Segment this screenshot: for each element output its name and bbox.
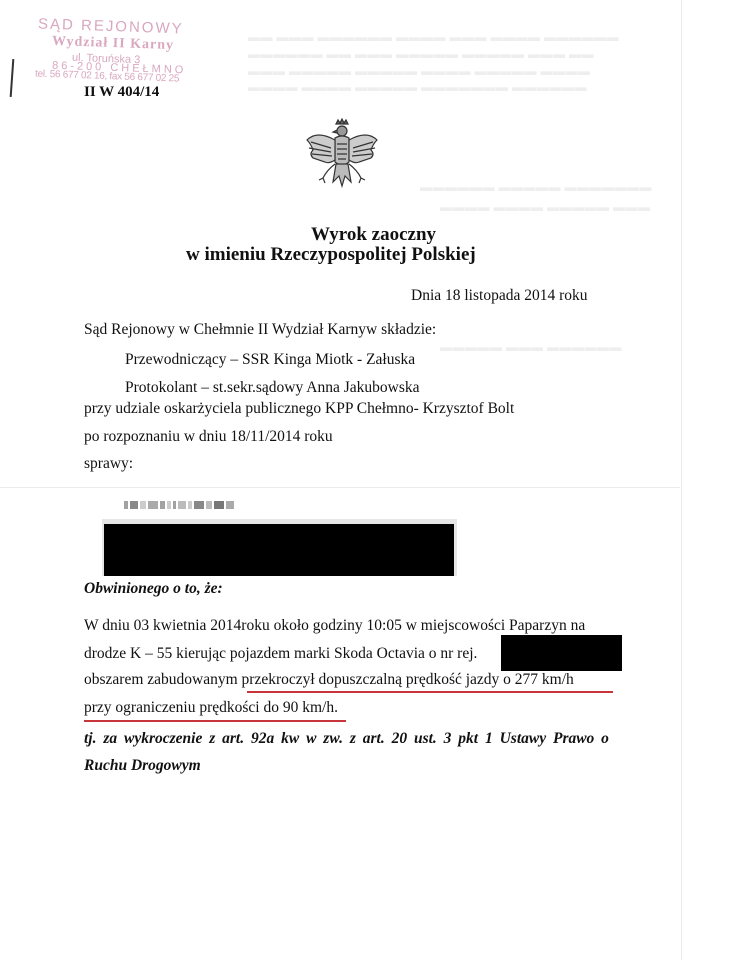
redacted-accused-details: [102, 519, 457, 576]
charge-line: drodze K – 55 kierując pojazdem marki Sk…: [84, 645, 477, 663]
charge-line: przy ograniczeniu prędkości do 90 km/h.: [84, 699, 338, 717]
court-composition: Sąd Rejonowy w Chełmnie II Wydział Karny…: [84, 321, 436, 339]
public-prosecutor: przy udziale oskarżyciela publicznego KP…: [84, 400, 514, 418]
red-underline: [247, 691, 613, 693]
fold-line: [0, 487, 680, 488]
legal-basis-continued: Ruchu Drogowym: [84, 757, 201, 775]
bleed-through-text: ▬▬▬▬▬▬ ▬▬▬▬▬ ▬▬▬▬▬▬▬: [420, 180, 652, 195]
bleed-through-text: ▬▬▬▬▬▬ ▬▬ ▬▬▬ ▬▬▬▬▬ ▬▬▬▬▬ ▬▬▬ ▬▬: [248, 47, 594, 62]
judgment-date: Dnia 18 listopada 2014 roku: [411, 287, 588, 305]
polish-eagle-icon: [303, 118, 381, 198]
bleed-through-text: ▬▬ ▬▬▬ ▬▬▬▬▬▬ ▬▬▬▬ ▬▬▬ ▬▬▬▬ ▬▬▬▬▬▬: [248, 30, 619, 45]
charge-heading: Obwinionego o to, że:: [84, 580, 223, 598]
charge-line: W dniu 03 kwietnia 2014roku około godzin…: [84, 617, 585, 635]
judgment-title: Wyrok zaoczny: [0, 224, 739, 246]
examination-date: po rozpoznaniu w dniu 18/11/2014 roku: [84, 428, 333, 446]
bleed-through-text: ▬▬▬ ▬▬▬▬▬ ▬▬▬▬▬ ▬▬▬▬ ▬▬▬▬▬ ▬▬▬▬: [248, 64, 591, 79]
margin-pen-mark: [10, 59, 15, 97]
stamp-division: Wydział II Karny: [52, 35, 174, 53]
case-label: sprawy:: [84, 455, 133, 473]
bleed-through-text: ▬▬▬▬▬ ▬▬▬ ▬▬▬▬▬▬: [440, 340, 622, 355]
page-edge: [681, 0, 682, 960]
pixelated-accused-name: [124, 499, 274, 511]
case-number: II W 404/14: [84, 84, 159, 101]
judgment-subtitle: w imieniu Rzeczypospolitej Polskiej: [186, 244, 476, 266]
charge-line: obszarem zabudowanym przekroczył dopuszc…: [84, 671, 574, 689]
presiding-judge: Przewodniczący – SSR Kinga Miotk - Załus…: [125, 351, 415, 369]
red-underline: [84, 720, 346, 722]
bleed-through-text: ▬▬▬▬ ▬▬▬▬ ▬▬▬▬▬ ▬▬▬: [440, 200, 651, 215]
court-clerk: Protokolant – st.sekr.sądowy Anna Jakubo…: [125, 379, 419, 397]
legal-basis: tj. za wykroczenie z art. 92a kw w zw. z…: [84, 730, 609, 748]
redacted-registration-number: [501, 635, 622, 671]
bleed-through-text: ▬▬▬▬ ▬▬▬▬ ▬▬▬▬▬ ▬▬▬▬▬▬▬ ▬▬▬▬▬▬: [248, 80, 587, 95]
